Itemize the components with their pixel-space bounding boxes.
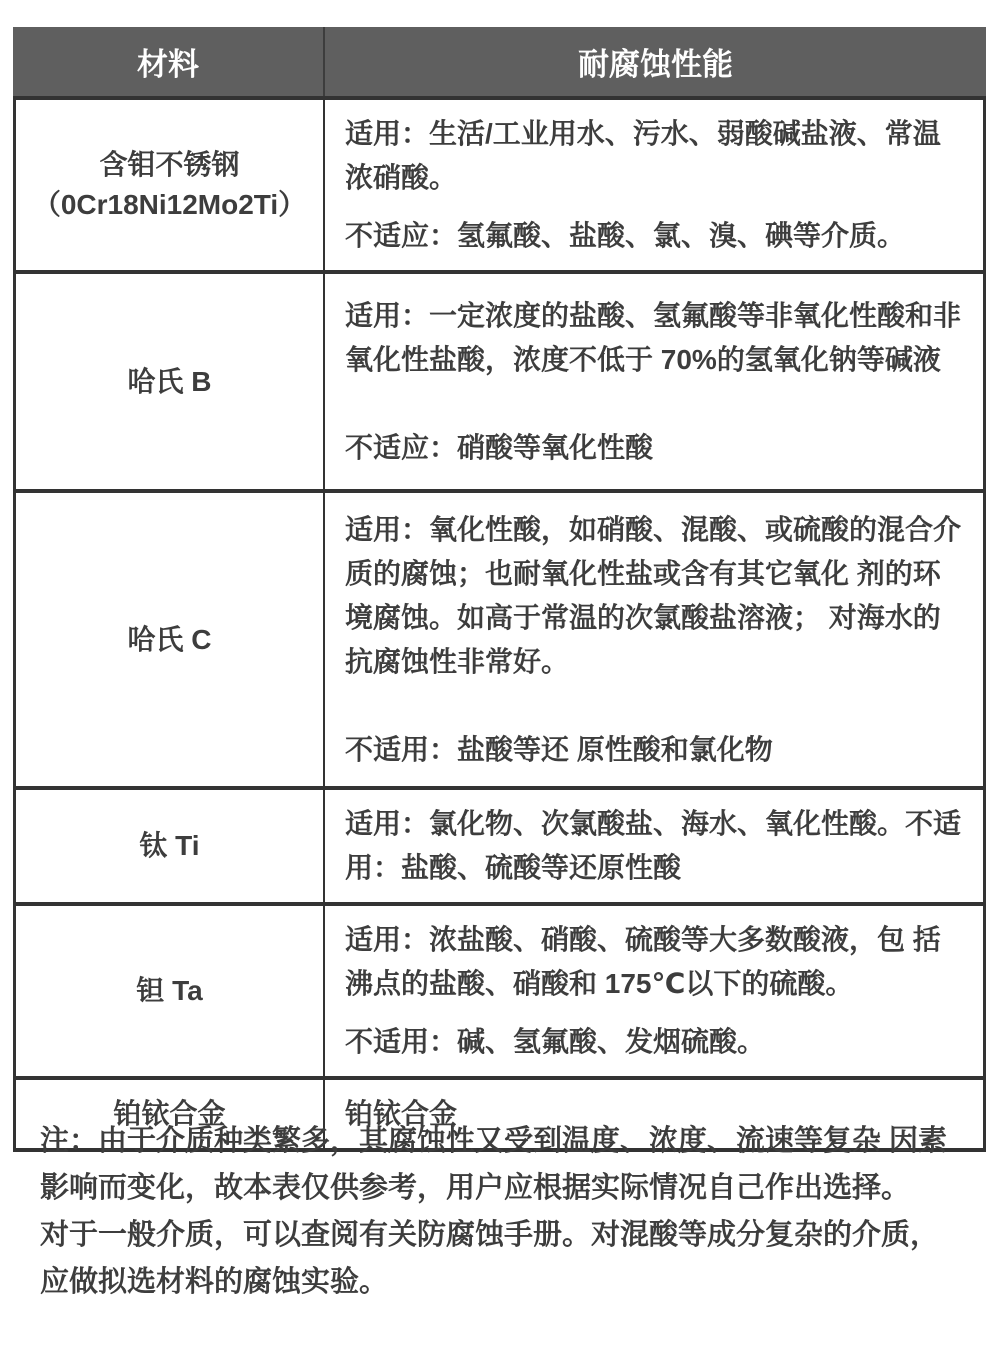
performance-cell: 适用：浓盐酸、硝酸、硫酸等大多数酸液，包 括沸点的盐酸、硝酸和 175℃以下的硫… [325, 906, 983, 1076]
table-row: 含钼不锈钢 （0Cr18Ni12Mo2Ti） 适用：生活/工业用水、污水、弱酸碱… [16, 96, 983, 270]
performance-paragraph: 不适用：碱、氢氟酸、发烟硫酸。 [345, 1020, 965, 1064]
performance-paragraph: 不适应：氢氟酸、盐酸、氯、溴、碘等介质。 [345, 214, 965, 258]
material-cell: 含钼不锈钢 （0Cr18Ni12Mo2Ti） [16, 100, 325, 270]
table-row: 哈氏 B 适用：一定浓度的盐酸、氢氟酸等非氧化性酸和非氧化性盐酸，浓度不低于 7… [16, 270, 983, 489]
table-row: 钛 Ti 适用：氯化物、次氯酸盐、海水、氧化性酸。不适用：盐酸、硫酸等还原性酸 [16, 786, 983, 902]
performance-cell: 适用：生活/工业用水、污水、弱酸碱盐液、常温浓硝酸。不适应：氢氟酸、盐酸、氯、溴… [325, 100, 983, 270]
material-cell: 钽 Ta [16, 906, 325, 1076]
note-paragraph: 注：由于介质种类繁多，其腐蚀性又受到温度、浓度、流速等复杂 因素影响而变化，故本… [40, 1118, 968, 1212]
material-column-header: 材料 [13, 27, 325, 96]
performance-paragraph: 适用：一定浓度的盐酸、氢氟酸等非氧化性酸和非氧化性盐酸，浓度不低于 70%的氢氧… [345, 294, 965, 382]
table-row: 哈氏 C 适用：氧化性酸，如硝酸、混酸、或硫酸的混合介质的腐蚀；也耐氧化性盐或含… [16, 489, 983, 786]
table-header-row: 材料 耐腐蚀性能 [13, 27, 986, 96]
material-cell: 哈氏 C [16, 493, 325, 786]
performance-column-header: 耐腐蚀性能 [325, 27, 986, 96]
performance-cell: 适用：氯化物、次氯酸盐、海水、氧化性酸。不适用：盐酸、硫酸等还原性酸 [325, 790, 983, 902]
performance-cell: 适用：一定浓度的盐酸、氢氟酸等非氧化性酸和非氧化性盐酸，浓度不低于 70%的氢氧… [325, 274, 983, 489]
performance-cell: 适用：氧化性酸，如硝酸、混酸、或硫酸的混合介质的腐蚀；也耐氧化性盐或含有其它氧化… [325, 493, 983, 786]
performance-paragraph: 不适应：硝酸等氧化性酸 [345, 426, 965, 470]
table-row: 钽 Ta 适用：浓盐酸、硝酸、硫酸等大多数酸液，包 括沸点的盐酸、硝酸和 175… [16, 902, 983, 1076]
material-cell: 钛 Ti [16, 790, 325, 902]
table-body: 含钼不锈钢 （0Cr18Ni12Mo2Ti） 适用：生活/工业用水、污水、弱酸碱… [13, 96, 986, 1152]
page: 材料 耐腐蚀性能 含钼不锈钢 （0Cr18Ni12Mo2Ti） 适用：生活/工业… [0, 0, 1000, 1354]
note-paragraph: 对于一般介质，可以查阅有关防腐蚀手册。对混酸等成分复杂的介质， 应做拟选材料的腐… [40, 1212, 968, 1306]
corrosion-resistance-table: 材料 耐腐蚀性能 含钼不锈钢 （0Cr18Ni12Mo2Ti） 适用：生活/工业… [13, 27, 986, 1152]
performance-paragraph: 适用：氯化物、次氯酸盐、海水、氧化性酸。不适用：盐酸、硫酸等还原性酸 [345, 802, 965, 890]
material-cell: 哈氏 B [16, 274, 325, 489]
performance-paragraph: 不适用：盐酸等还 原性酸和氯化物 [345, 728, 965, 772]
performance-paragraph: 适用：生活/工业用水、污水、弱酸碱盐液、常温浓硝酸。 [345, 112, 965, 200]
performance-paragraph: 适用：氧化性酸，如硝酸、混酸、或硫酸的混合介质的腐蚀；也耐氧化性盐或含有其它氧化… [345, 508, 965, 684]
performance-paragraph: 适用：浓盐酸、硝酸、硫酸等大多数酸液，包 括沸点的盐酸、硝酸和 175℃以下的硫… [345, 918, 965, 1006]
table-footnote: 注：由于介质种类繁多，其腐蚀性又受到温度、浓度、流速等复杂 因素影响而变化，故本… [40, 1118, 968, 1306]
